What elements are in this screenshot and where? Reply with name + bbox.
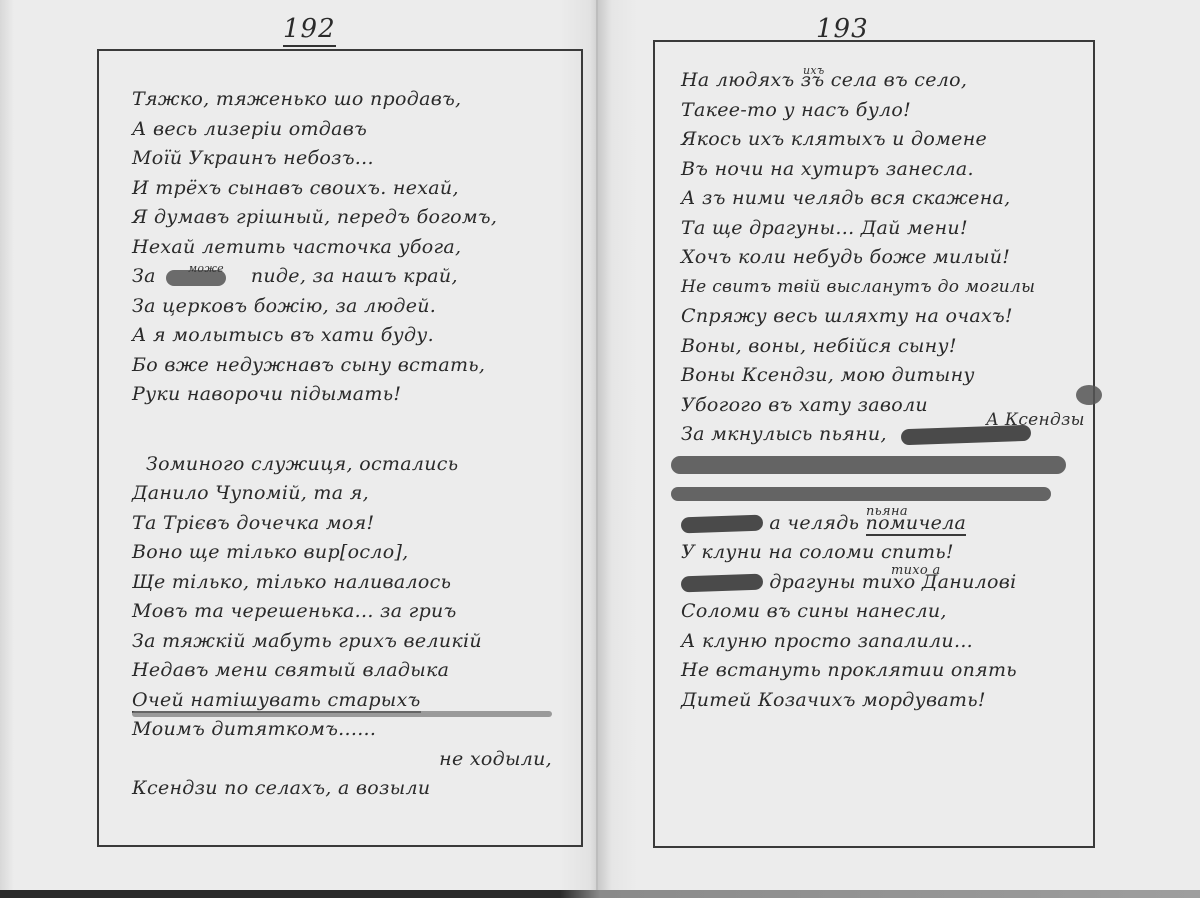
left-page: 192 Тяжко, тяженько шо продавъ, А весь л… [0, 0, 598, 890]
insertion-note: ихъ [803, 56, 825, 86]
verse-line: Бо вже недужнавъ сыну встать, [132, 351, 572, 381]
strikeout [681, 573, 764, 592]
verse-line: Тяжко, тяженько шо продавъ, [132, 85, 572, 115]
verse-line: А зъ ними челядь вся скажена, [681, 184, 1091, 214]
verse-line: Моїй Украинъ небозъ... [132, 144, 572, 174]
verse-line: Та Трієвъ дочечка моя! [132, 509, 572, 539]
book-bottom-edge [0, 890, 1200, 898]
strikeout [901, 425, 1031, 446]
page-frame-left: Тяжко, тяженько шо продавъ, А весь лизер… [97, 49, 583, 847]
verse-line: не ходыли, [132, 745, 572, 775]
strikeout [681, 514, 764, 533]
verse-line-underlined: Очей натішувать старыхъ [132, 686, 572, 716]
marginal-note: тихо а [891, 556, 941, 586]
book-spread: 192 Тяжко, тяженько шо продавъ, А весь л… [0, 0, 1200, 898]
verse-line-with-strikeout: тихо а драгуны тихо Данилові [681, 568, 1091, 598]
stanza-gap [132, 410, 572, 450]
page-frame-right: ихъ На людяхъ зъ села въ село, Такее-то … [653, 40, 1095, 848]
verse-line: Воны, воны, небійся сыну! [681, 332, 1091, 362]
ink-blot [1076, 385, 1102, 405]
strikeout [671, 487, 1051, 501]
right-page: 193 ихъ На людяхъ зъ села въ село, Такее… [598, 0, 1200, 890]
verse-line: Въ ночи на хутиръ занесла. [681, 155, 1091, 185]
verse-line: У клуни на соломи спить! [681, 538, 1091, 568]
verse-line: За тяжкій мабуть грихъ великій [132, 627, 572, 657]
marginal-note: пьяна [866, 497, 908, 527]
verse-line: Я думавъ грішный, передъ богомъ, [132, 203, 572, 233]
verse-line: И трёхъ сынавъ своихъ. нехай, [132, 174, 572, 204]
verse-line: Недавъ мени святый владыка [132, 656, 572, 686]
verse-line: Моимъ дитяткомъ...... [132, 715, 572, 745]
verse-line-with-strikeout: може За [закреслено] пиде, за нашъ край,… [132, 262, 572, 292]
verse-line: Мовъ та черешенька... за гриъ [132, 597, 572, 627]
verse-line: Ще тілько, тілько наливалось [132, 568, 572, 598]
verse-line: За церковъ божію, за людей. [132, 292, 572, 322]
strikeout [671, 456, 1066, 474]
struck-line [681, 450, 1091, 480]
verse-line: А весь лизеріи отдавъ [132, 115, 572, 145]
verse-line: Зоминого служиця, остались [132, 450, 572, 480]
page-number-left: 192 [283, 14, 336, 44]
verse-line: Такее-то у насъ було! [681, 96, 1091, 126]
verse-line: ихъ На людяхъ зъ села въ село, [681, 66, 1091, 96]
verse-line: Хочъ коли небудь боже милый! [681, 243, 1091, 273]
verse-line: А я молытысь въ хати буду. [132, 321, 572, 351]
verse-line: А клуню просто запалили... [681, 627, 1091, 657]
verse-block-right: ихъ На людяхъ зъ села въ село, Такее-то … [681, 66, 1091, 715]
verse-line-with-strikeout: А Ксендзы За мкнулысь пьяни, [681, 420, 1091, 450]
verse-line: Не встануть проклятии опять [681, 656, 1091, 686]
verse-line: Соломи въ сины нанесли, [681, 597, 1091, 627]
verse-line: Данило Чупомій, та я, [132, 479, 572, 509]
verse-line: Спряжу весь шляхту на очахъ! [681, 302, 1091, 332]
verse-line: Якось ихъ клятыхъ и домене [681, 125, 1091, 155]
verse-line: Та ще драгуны... Дай мени! [681, 214, 1091, 244]
verse-block-left: Тяжко, тяженько шо продавъ, А весь лизер… [132, 85, 572, 804]
verse-line: Воно ще тілько вир[осло], [132, 538, 572, 568]
verse-line: Не свитъ твій высланутъ до могилы [681, 273, 1091, 303]
verse-line: Воны Ксендзи, мою дитыну [681, 361, 1091, 391]
verse-line: Ксендзи по селахъ, а возыли [132, 774, 572, 804]
verse-line-with-strikeout: а челядь пьяна помичела [681, 509, 1091, 539]
verse-line: Дитей Козачихъ мордувать! [681, 686, 1091, 716]
verse-line: Руки наворочи підымать! [132, 380, 572, 410]
